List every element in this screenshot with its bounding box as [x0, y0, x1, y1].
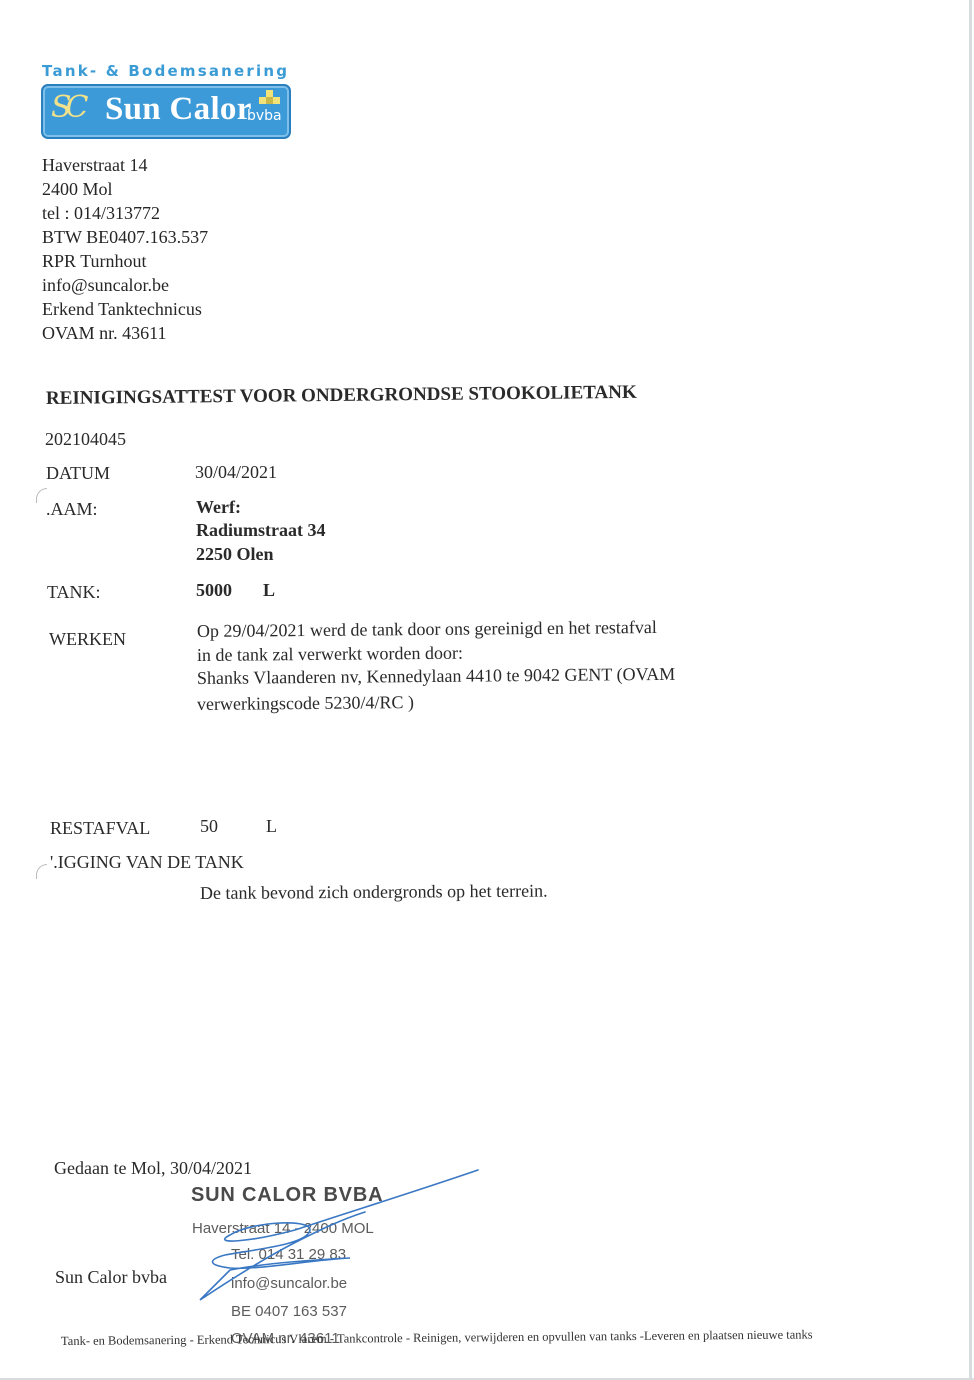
logo-suffix: bvba — [247, 108, 282, 124]
naam-label: .AAM: — [46, 499, 98, 520]
address-line: RPR Turnhout — [42, 249, 208, 273]
stamp-line: Tel. 014 31 29 83 — [231, 1246, 346, 1263]
naam-line: Radiumstraat 34 — [196, 520, 326, 541]
restafval-label: RESTAFVAL — [50, 818, 150, 839]
datum-label: DATUM — [46, 463, 110, 484]
document-number: 202104045 — [45, 429, 126, 450]
document-title: REINIGINGSATTEST VOOR ONDERGRONDSE STOOK… — [46, 382, 637, 410]
address-line: Haverstraat 14 — [42, 153, 208, 177]
ligging-label: '.IGGING VAN DE TANK — [50, 852, 244, 873]
logo-squares-icon — [255, 90, 285, 108]
restafval-value: 50 — [200, 816, 218, 837]
address-line: OVAM nr. 43611 — [42, 321, 208, 345]
tank-unit: L — [263, 580, 275, 601]
naam-line: 2250 Olen — [196, 544, 274, 565]
company-logo: SC Sun Calor bvba — [41, 84, 291, 139]
address-line: info@suncalor.be — [42, 273, 208, 297]
datum-value: 30/04/2021 — [195, 462, 277, 483]
logo-tagline: Tank- & Bodemsanering — [42, 62, 289, 80]
werken-line: Shanks Vlaanderen nv, Kennedylaan 4410 t… — [197, 664, 675, 689]
page-edge — [969, 0, 972, 1380]
stamp-line: Haverstraat 14 - 2400 MOL — [192, 1220, 374, 1237]
address-line: 2400 Mol — [42, 177, 208, 201]
place-date: Gedaan te Mol, 30/04/2021 — [54, 1158, 252, 1179]
werken-line: Op 29/04/2021 werd de tank door ons gere… — [197, 617, 657, 642]
scan-mark — [36, 864, 47, 879]
stamp-line: info@suncalor.be — [231, 1275, 347, 1292]
company-address: Haverstraat 14 2400 Mol tel : 014/313772… — [42, 153, 208, 345]
naam-line: Werf: — [196, 497, 241, 518]
stamp-line: BE 0407 163 537 — [231, 1303, 347, 1320]
ligging-value: De tank bevond zich ondergronds op het t… — [200, 881, 548, 904]
logo-name: Sun Calor — [105, 91, 252, 128]
tank-volume: 5000 — [196, 580, 232, 601]
address-line: Erkend Tanktechnicus — [42, 297, 208, 321]
restafval-unit: L — [266, 816, 277, 837]
signoff-company: Sun Calor bvba — [55, 1267, 167, 1288]
werken-line: in de tank zal verwerkt worden door: — [197, 643, 463, 666]
stamp-title: SUN CALOR BVBA — [191, 1184, 383, 1207]
address-line: BTW BE0407.163.537 — [42, 225, 208, 249]
tank-label: TANK: — [47, 582, 101, 603]
werken-label: WERKEN — [49, 629, 126, 650]
address-line: tel : 014/313772 — [42, 201, 208, 225]
footer-services: Tank- en Bodemsanering - Erkend Technicu… — [61, 1327, 813, 1349]
werken-line: verwerkingscode 5230/4/RC ) — [197, 692, 414, 715]
logo-monogram-icon: SC — [51, 90, 83, 125]
